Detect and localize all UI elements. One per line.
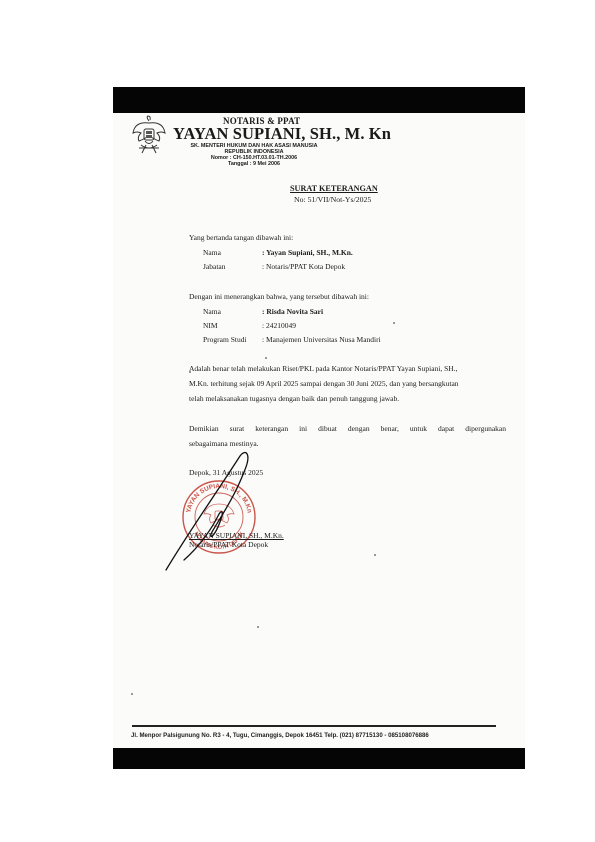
signer-name-value: : Yayan Supiani, SH., M.Kn.: [262, 248, 353, 257]
footer-address: Jl. Menpor Palsigunung No. R3 - 4, Tugu,…: [131, 732, 429, 739]
document-title: SURAT KETERANGAN: [290, 184, 378, 193]
letterhead-decree-date: Tanggal : 9 Mei 2006: [154, 161, 354, 167]
subject-name-value: : Risda Novita Sari: [262, 307, 323, 316]
body-line-2: M.Kn. terhitung sejak 09 April 2025 samp…: [189, 379, 459, 388]
scan-speck: [393, 322, 395, 324]
scan-speck: [374, 554, 376, 556]
signer-position-value: : Notaris/PPAT Kota Depok: [262, 262, 345, 271]
scan-speck: [257, 626, 259, 628]
intro-signer: Yang bertanda tangan dibawah ini:: [189, 233, 293, 242]
handwritten-signature: [160, 450, 270, 575]
footer-rule: [132, 725, 496, 727]
signer-position-label: Jabatan: [203, 262, 226, 271]
scan-speck: [189, 371, 191, 373]
redaction-bar-bottom: [113, 748, 525, 769]
subject-nim-value: : 24210049: [262, 321, 296, 330]
subject-program-label: Program Studi: [203, 335, 247, 344]
letterhead-name: YAYAN SUPIANI, SH., M. Kn: [173, 124, 391, 144]
subject-program-value: : Manajemen Universitas Nusa Mandiri: [262, 335, 381, 344]
subject-name-label: Nama: [203, 307, 221, 316]
document-number: No: 51/VII/Not-Ys/2025: [294, 195, 371, 204]
signer-name-label: Nama: [203, 248, 221, 257]
redaction-bar-top: [113, 87, 525, 113]
intro-subject: Dengan ini menerangkan bahwa, yang terse…: [189, 292, 369, 301]
closing-line-2: sebagaimana mestinya.: [189, 439, 259, 448]
body-line-3: telah melaksanakan tugasnya dengan baik …: [189, 394, 399, 403]
scan-speck: [265, 357, 267, 359]
body-line-1: Adalah benar telah melakukan Riset/PKL p…: [189, 364, 457, 373]
subject-nim-label: NIM: [203, 321, 218, 330]
closing-line-1: Demikian surat keterangan ini dibuat den…: [189, 424, 506, 433]
scan-speck: [131, 693, 133, 695]
